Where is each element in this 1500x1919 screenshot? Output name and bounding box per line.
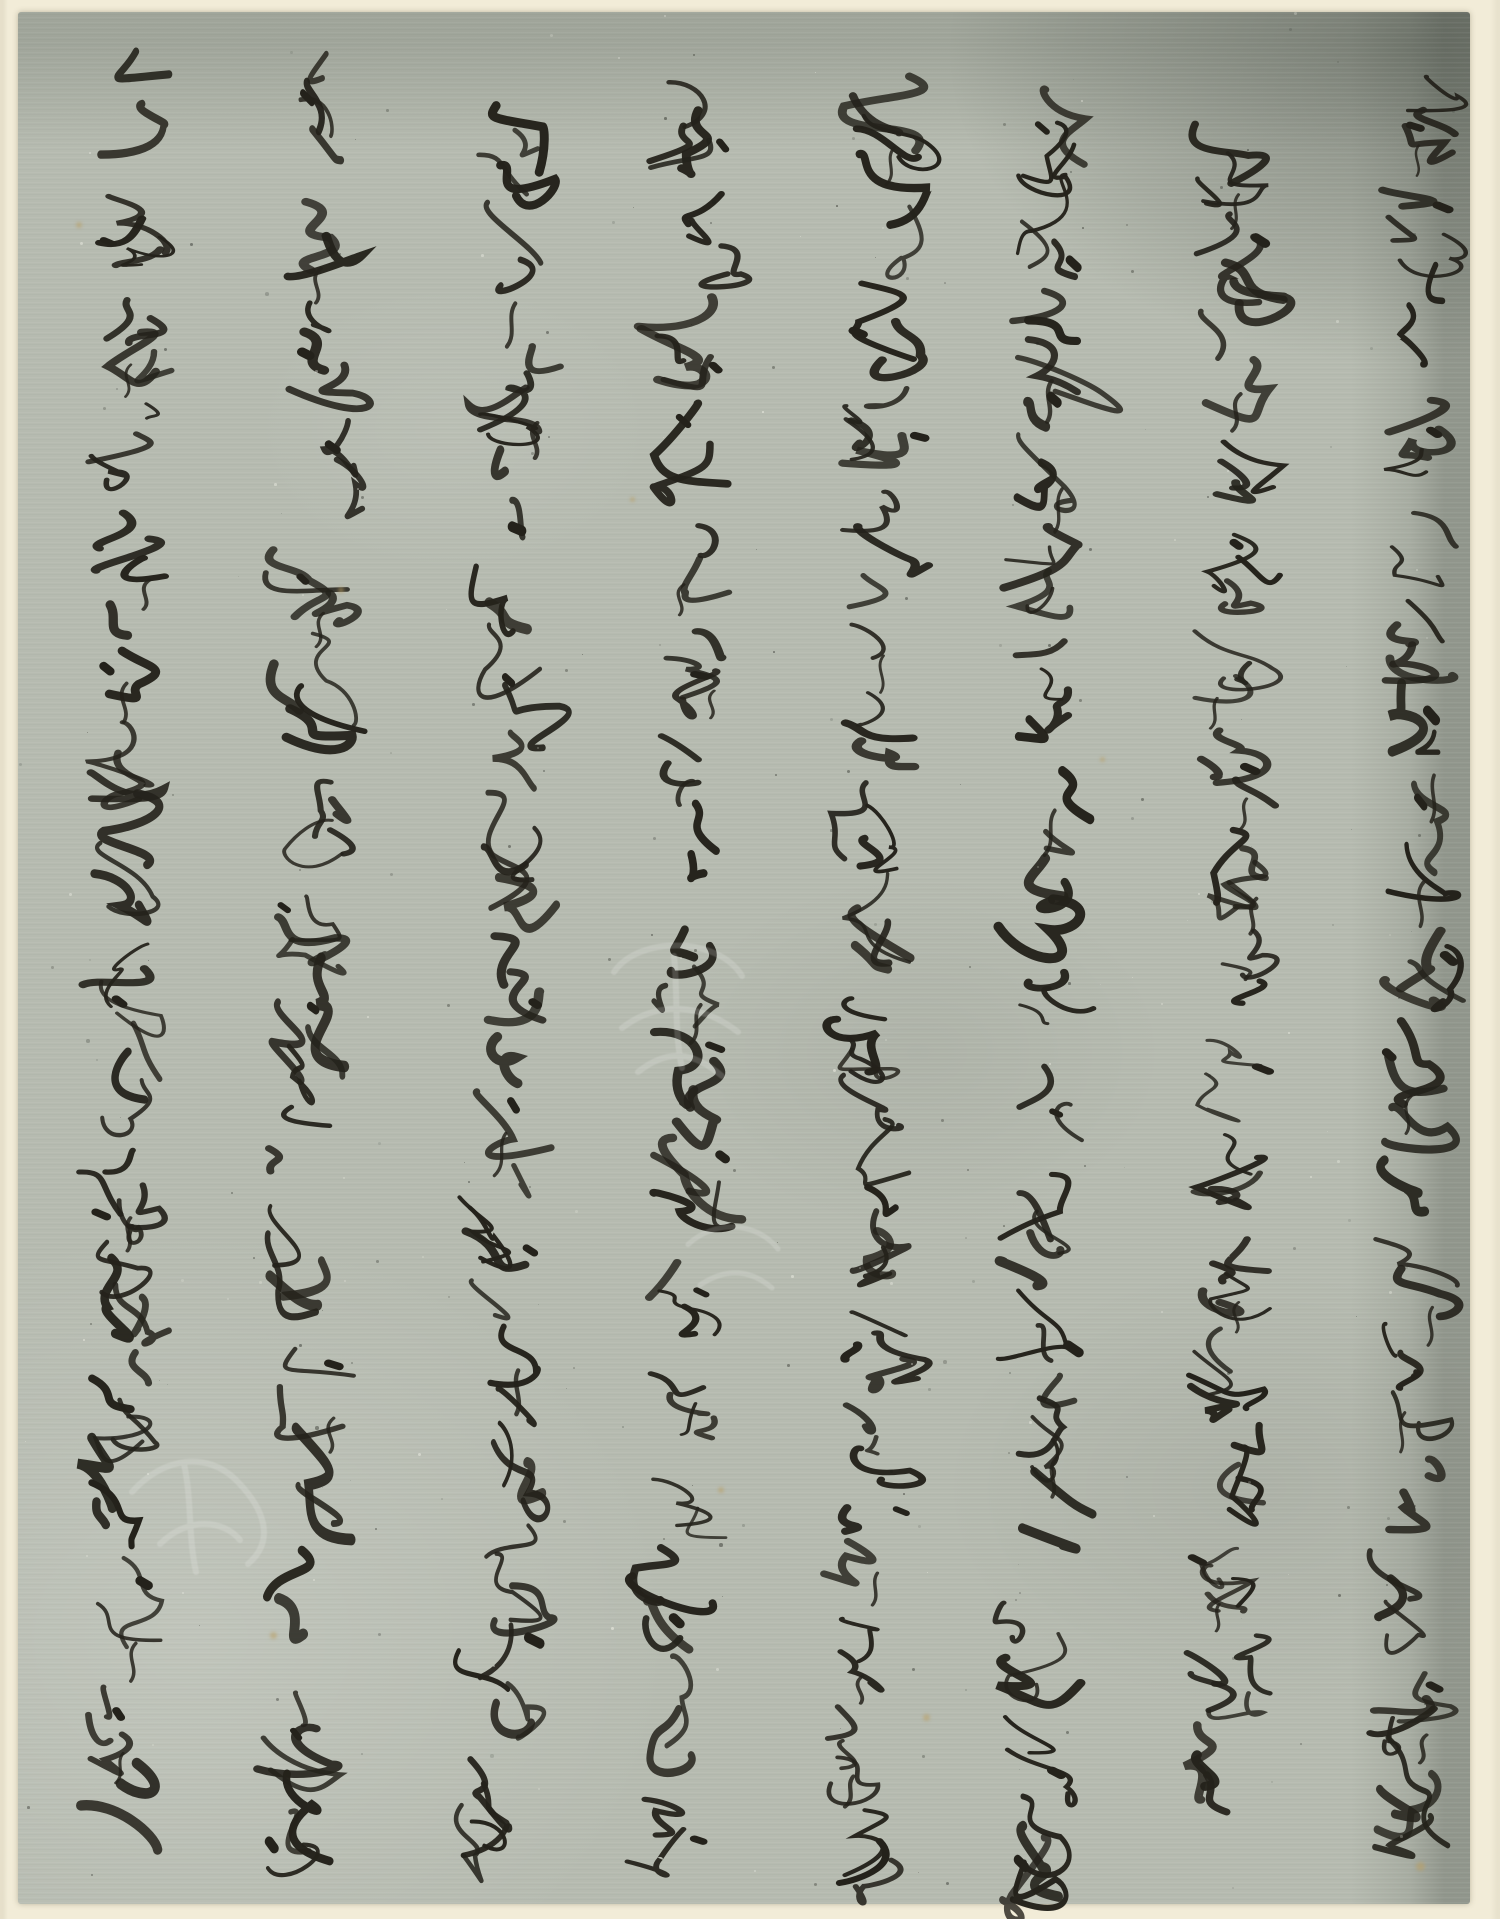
calligraphy-glyph (1190, 519, 1304, 612)
calligraphy-glyph (827, 1062, 930, 1176)
paper-speck (1337, 61, 1339, 63)
calligraphy-glyph (82, 190, 196, 270)
paper-speck (481, 254, 484, 257)
paper-speck (299, 869, 301, 871)
manuscript-scan (0, 0, 1500, 1919)
calligraphy-glyph (823, 862, 929, 975)
paper-speck (361, 1753, 363, 1755)
paper-speck (1198, 893, 1200, 895)
paper-speck (190, 243, 193, 246)
calligraphy-glyph (638, 509, 750, 594)
paper-speck (1124, 1167, 1125, 1168)
paper-speck (1247, 149, 1249, 151)
calligraphy-glyph (460, 768, 581, 913)
calligraphy-glyph (998, 698, 1109, 828)
paper-speck (762, 411, 764, 413)
text-column-6 (443, 81, 584, 1862)
calligraphy-glyph (814, 1607, 920, 1687)
calligraphy-glyph (1379, 772, 1481, 899)
text-column-2 (1169, 107, 1303, 1818)
paper-speck (1131, 817, 1134, 820)
calligraphy-glyph (249, 1181, 359, 1318)
paper-speck (19, 763, 22, 766)
calligraphy-glyph (1190, 810, 1296, 912)
paper-speck (754, 1870, 756, 1872)
paper-speck (1294, 12, 1297, 15)
text-column-4 (807, 60, 945, 1891)
calligraphy-glyph (818, 1168, 925, 1280)
paper-speck (1126, 1476, 1128, 1478)
calligraphy-glyph (72, 586, 188, 699)
paper-speck (965, 1689, 967, 1691)
calligraphy-glyph (611, 1534, 740, 1657)
calligraphy-glyph (252, 946, 366, 1087)
calligraphy-glyph (440, 1152, 569, 1271)
paper-speck (253, 1257, 255, 1259)
paper-speck (357, 488, 359, 490)
calligraphy-glyph (814, 1395, 933, 1485)
paper-sheet (18, 12, 1470, 1904)
calligraphy-glyph (826, 484, 948, 568)
calligraphy-glyph (1356, 389, 1476, 477)
text-column-7 (245, 51, 388, 1892)
paper-speck (531, 452, 534, 455)
paper-speck (1228, 1255, 1230, 1257)
paper-speck (152, 1744, 154, 1746)
calligraphy-glyph (1361, 499, 1479, 581)
calligraphy-glyph (81, 34, 184, 164)
paper-speck (944, 282, 946, 284)
calligraphy-glyph (627, 291, 747, 383)
calligraphy-glyph (1000, 1051, 1110, 1151)
paper-speck (1161, 1003, 1163, 1005)
calligraphy-glyph (989, 516, 1097, 611)
paper-speck (618, 57, 620, 59)
paper-speck (1300, 1743, 1302, 1745)
paper-speck (967, 1169, 969, 1171)
paper-speck (299, 1344, 302, 1347)
text-column-1 (1357, 52, 1489, 1853)
paper-speck (906, 277, 909, 280)
paper-speck (582, 654, 583, 655)
calligraphy-glyph (1369, 1444, 1472, 1532)
calligraphy-glyph (245, 1758, 362, 1890)
calligraphy-glyph (78, 1003, 189, 1124)
paper-speck (833, 1069, 836, 1072)
paper-speck (1332, 924, 1334, 926)
paper-speck (742, 1524, 745, 1527)
paper-speck (1217, 1301, 1220, 1304)
paper-speck (664, 117, 667, 120)
paper-stain (1100, 757, 1105, 762)
paper-speck (1145, 429, 1146, 430)
paper-speck (911, 1363, 913, 1365)
paper-speck (543, 770, 545, 772)
calligraphy-glyph (1180, 1227, 1292, 1314)
paper-speck (622, 1426, 624, 1428)
paper-speck (999, 644, 1002, 647)
paper-speck (693, 54, 695, 56)
calligraphy-glyph (999, 1460, 1106, 1580)
calligraphy-glyph (265, 183, 386, 281)
calligraphy-glyph (269, 770, 378, 859)
paper-speck (716, 1668, 719, 1671)
paper-speck (25, 1441, 26, 1442)
calligraphy-glyph (1173, 1122, 1297, 1214)
calligraphy-glyph (818, 269, 941, 365)
calligraphy-glyph (1358, 1003, 1480, 1111)
calligraphy-glyph (637, 1460, 740, 1549)
calligraphy-glyph (827, 375, 941, 467)
calligraphy-glyph (460, 91, 570, 202)
paper-speck (550, 34, 553, 37)
paper-speck (199, 1625, 200, 1626)
paper-speck (1346, 666, 1347, 667)
paper-speck (80, 242, 83, 245)
paper-speck (903, 1493, 905, 1495)
paper-speck (946, 1882, 949, 1885)
paper-speck (1014, 1640, 1017, 1643)
paper-speck (259, 1281, 262, 1284)
paper-speck (69, 893, 72, 896)
paper-speck (367, 1016, 369, 1018)
paper-speck (972, 1280, 975, 1283)
calligraphy-glyph (455, 335, 581, 439)
paper-speck (1241, 1618, 1242, 1619)
paper-speck (1079, 699, 1082, 702)
paper-speck (694, 949, 697, 952)
paper-speck (91, 1874, 93, 1876)
paper-speck (86, 1039, 90, 1043)
paper-speck (664, 15, 666, 17)
calligraphy-glyph (444, 1605, 559, 1743)
calligraphy-glyph (83, 285, 191, 378)
paper-speck (791, 1275, 794, 1278)
paper-stain (270, 1632, 277, 1639)
calligraphy-glyph (815, 765, 924, 872)
paper-stain (630, 497, 635, 502)
paper-speck (573, 1367, 575, 1369)
calligraphy-glyph (1375, 71, 1480, 157)
paper-speck (1029, 1421, 1032, 1424)
paper-speck (302, 594, 304, 596)
calligraphy-glyph (251, 531, 371, 627)
paper-speck (1248, 1481, 1251, 1484)
paper-speck (386, 109, 389, 112)
calligraphy-glyph (1185, 304, 1297, 407)
paper-speck (1211, 900, 1214, 903)
paper-speck (1132, 977, 1133, 978)
paper-speck (1405, 1266, 1408, 1269)
calligraphy-glyph (1359, 1725, 1465, 1851)
paper-speck (787, 1364, 790, 1367)
paper-speck (969, 966, 971, 968)
calligraphy-glyph (455, 548, 568, 674)
calligraphy-glyph (1180, 1407, 1292, 1514)
paper-speck (1327, 1131, 1328, 1132)
calligraphy-glyph (1169, 1537, 1282, 1614)
calligraphy-glyph (638, 172, 760, 278)
paper-speck (680, 957, 682, 959)
paper-speck (1003, 1225, 1005, 1227)
paper-speck (378, 1142, 381, 1145)
paper-speck (1153, 1515, 1155, 1517)
calligraphy-glyph (454, 193, 568, 321)
calligraphy-glyph (452, 925, 575, 1030)
calligraphy-glyph (1170, 1318, 1281, 1415)
paper-speck (756, 549, 757, 550)
paper-speck (89, 152, 91, 154)
calligraphy-glyph (1169, 621, 1293, 712)
paper-speck (890, 1470, 893, 1473)
calligraphy-glyph (71, 397, 185, 483)
paper-speck (800, 236, 801, 237)
paper-speck (103, 407, 106, 410)
calligraphy-glyph (1375, 242, 1480, 369)
paper-speck (390, 752, 392, 754)
paper-speck (322, 1487, 323, 1488)
paper-stain (718, 1487, 724, 1493)
calligraphy-glyph (1369, 911, 1491, 1005)
calligraphy-glyph (1170, 1620, 1290, 1716)
calligraphy-glyph (835, 143, 947, 262)
text-column-3 (980, 74, 1116, 1905)
paper-speck (611, 1627, 614, 1630)
calligraphy-glyph (1356, 1530, 1463, 1639)
paper-speck (315, 370, 318, 373)
paper-speck (1347, 1506, 1350, 1509)
paper-speck (1400, 1835, 1403, 1838)
paper-speck (315, 1426, 319, 1430)
paper-speck (548, 436, 550, 438)
paper-speck (1141, 798, 1144, 801)
calligraphy-glyph (63, 783, 183, 912)
paper-speck (1019, 1592, 1021, 1594)
paper-speck (1289, 28, 1292, 31)
paper-speck (376, 1260, 379, 1263)
calligraphy-glyph (1180, 199, 1301, 310)
paper-speck (712, 200, 716, 204)
paper-stain (923, 1714, 930, 1721)
paper-speck (1413, 233, 1416, 236)
calligraphy-glyph (980, 1590, 1103, 1689)
paper-speck (943, 1360, 947, 1364)
paper-speck (231, 1192, 233, 1194)
paper-speck (777, 1242, 778, 1243)
paper-speck (390, 873, 393, 876)
paper-speck (1232, 1887, 1234, 1889)
calligraphy-glyph (1180, 724, 1293, 810)
calligraphy-glyph (811, 1492, 921, 1585)
paper-speck (490, 1754, 494, 1758)
paper-speck (922, 1755, 925, 1758)
paper-speck (339, 253, 341, 255)
calligraphy-glyph (1002, 381, 1105, 505)
paper-speck (1389, 1291, 1392, 1294)
paper-speck (1008, 1452, 1010, 1454)
paper-speck (181, 1279, 184, 1282)
calligraphy-glyph (1003, 952, 1114, 1045)
paper-speck (1310, 1176, 1312, 1178)
calligraphy-glyph (992, 1362, 1102, 1473)
paper-speck (965, 1237, 967, 1239)
calligraphy-glyph (73, 504, 196, 592)
paper-speck (890, 1282, 893, 1285)
paper-speck (719, 1543, 723, 1547)
calligraphy-glyph (462, 1364, 569, 1507)
paper-speck (960, 784, 961, 785)
paper-speck (772, 366, 775, 369)
paper-speck (1351, 829, 1352, 830)
paper-speck (1161, 1311, 1163, 1313)
paper-speck (1337, 1160, 1340, 1163)
paper-speck (1271, 1781, 1273, 1783)
paper-speck (418, 1453, 421, 1456)
calligraphy-glyph (824, 1303, 941, 1380)
calligraphy-glyph (1179, 111, 1284, 206)
calligraphy-glyph (637, 1363, 745, 1442)
seal-impression (578, 912, 778, 1112)
calligraphy-glyph (629, 382, 743, 490)
calligraphy-glyph (1186, 925, 1288, 1011)
paper-speck (885, 1039, 887, 1041)
paper-speck (1356, 1316, 1357, 1317)
paper-stain (1416, 1862, 1425, 1871)
calligraphy-glyph (256, 625, 379, 742)
calligraphy-glyph (435, 1740, 554, 1861)
calligraphy-glyph (619, 1788, 726, 1866)
calligraphy-glyph (626, 1643, 723, 1759)
paper-speck (1126, 224, 1128, 226)
paper-speck (1015, 1599, 1017, 1601)
calligraphy-glyph (456, 431, 563, 557)
calligraphy-glyph (1359, 1213, 1482, 1324)
paper-speck (1293, 1247, 1296, 1250)
paper-speck (27, 1806, 30, 1809)
paper-speck (1330, 446, 1332, 448)
paper-stain (76, 222, 82, 228)
calligraphy-glyph (984, 1773, 1090, 1904)
calligraphy-glyph (279, 405, 384, 513)
paper-speck (1288, 1032, 1290, 1034)
paper-speck (575, 1210, 578, 1213)
paper-speck (468, 1181, 470, 1183)
paper-speck (441, 1498, 443, 1500)
paper-speck (918, 1525, 921, 1528)
calligraphy-glyph (448, 1025, 575, 1153)
calligraphy-glyph (989, 1157, 1106, 1256)
paper-speck (1207, 496, 1209, 498)
calligraphy-glyph (1006, 166, 1109, 287)
paper-speck (775, 774, 777, 776)
calligraphy-glyph (1169, 1707, 1283, 1814)
paper-speck (928, 1388, 931, 1391)
paper-speck (1348, 1219, 1351, 1222)
paper-speck (378, 1633, 381, 1636)
seal-impression (658, 1192, 808, 1342)
seal-impression (78, 1412, 338, 1612)
calligraphy-glyph (807, 1699, 916, 1787)
calligraphy-glyph (63, 1137, 175, 1231)
paper-stain (338, 587, 344, 593)
paper-speck (1068, 982, 1071, 985)
calligraphy-glyph (646, 622, 758, 702)
paper-speck (1430, 882, 1432, 884)
paper-speck (1131, 270, 1134, 273)
paper-speck (1082, 227, 1084, 229)
paper-speck (313, 1579, 315, 1581)
calligraphy-glyph (270, 288, 396, 399)
paper-speck (274, 483, 277, 486)
paper-speck (238, 576, 239, 577)
paper-speck (815, 72, 816, 73)
paper-speck (472, 703, 475, 706)
paper-speck (773, 651, 775, 653)
paper-speck (1338, 1594, 1341, 1597)
paper-speck (563, 1520, 566, 1523)
paper-speck (830, 829, 833, 832)
calligraphy-glyph (1366, 1099, 1472, 1218)
paper-speck (227, 1298, 229, 1300)
calligraphy-glyph (1183, 1032, 1301, 1112)
paper-speck (941, 1119, 944, 1122)
paper-speck (446, 609, 447, 610)
calligraphy-glyph (639, 74, 749, 172)
calligraphy-glyph (824, 564, 942, 670)
calligraphy-glyph (824, 682, 946, 770)
paper-speck (51, 966, 54, 969)
calligraphy-glyph (74, 1217, 184, 1339)
calligraphy-glyph (57, 1739, 181, 1874)
paper-speck (1386, 1584, 1388, 1586)
calligraphy-glyph (985, 812, 1110, 937)
calligraphy-glyph (998, 280, 1120, 397)
calligraphy-glyph (632, 792, 747, 915)
paper-speck (836, 205, 838, 207)
calligraphy-glyph (981, 1245, 1105, 1366)
calligraphy-glyph (1182, 430, 1302, 509)
paper-speck (422, 1256, 424, 1258)
paper-speck (265, 292, 269, 296)
calligraphy-glyph (822, 1799, 933, 1890)
paper-speck (612, 221, 615, 224)
paper-speck (1336, 320, 1339, 323)
paper-speck (1426, 637, 1428, 639)
calligraphy-glyph (1366, 1315, 1468, 1428)
paper-speck (1208, 1074, 1211, 1077)
